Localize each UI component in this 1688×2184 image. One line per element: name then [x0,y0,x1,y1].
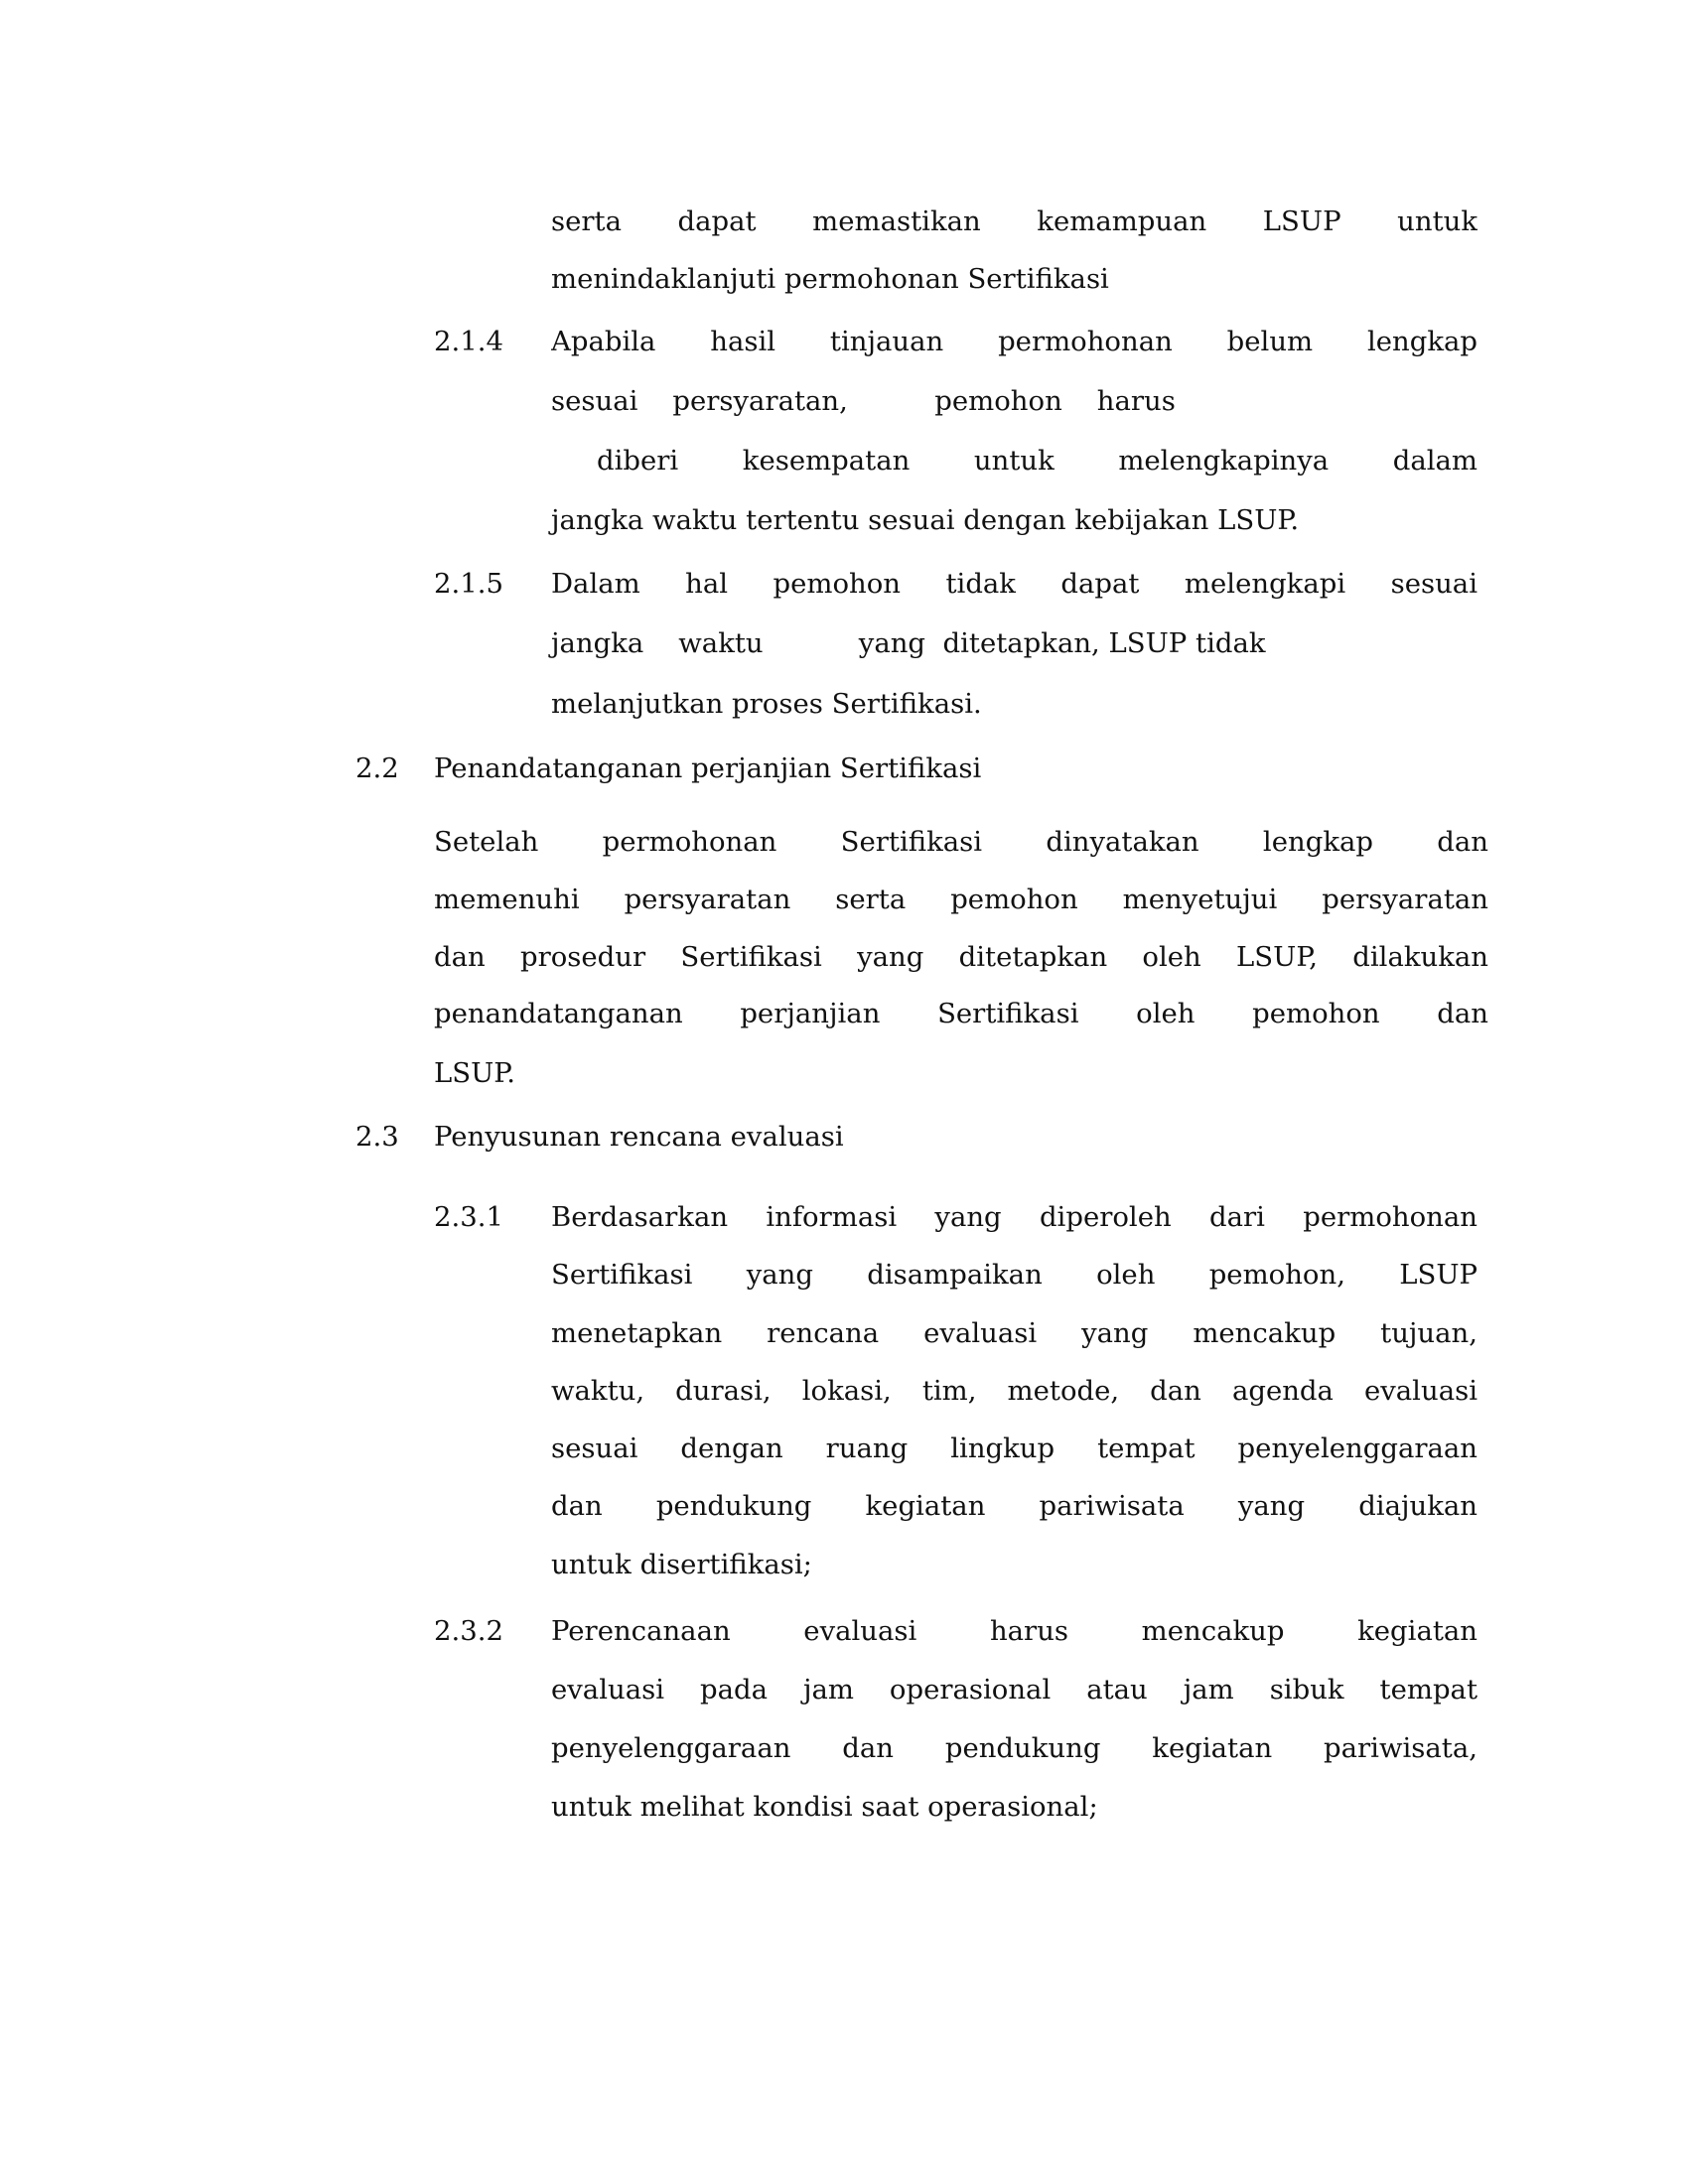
para-2-2-line-2: memenuhi persyaratan serta pemohon menye… [434,884,1488,915]
item-2-3-2-line-3: penyelenggaraan dan pendukung kegiatan p… [551,1732,1477,1764]
item-2-1-4-line-1: Apabila hasil tinjauan permohonan belum … [551,326,1477,357]
para-2-2-line-4: penandatanganan perjanjian Sertifikasi o… [434,998,1488,1029]
item-number-2-1-4: 2.1.4 [434,326,503,357]
item-2-3-1-line-5: sesuai dengan ruang lingkup tempat penye… [551,1433,1477,1464]
item-2-3-2-line-1: Perencanaan evaluasi harus mencakup kegi… [551,1615,1477,1647]
item-2-1-3-line-1: serta dapat memastikan kemampuan LSUP un… [551,205,1477,237]
item-2-1-5-line-2: jangka waktu yang ditetapkan, LSUP tidak [551,627,1266,659]
para-2-2-line-3: dan prosedur Sertifikasi yang ditetapkan… [434,941,1488,973]
item-2-1-5-line-3: melanjutkan proses Sertifikasi. [551,688,982,720]
section-heading-2-2: Penandatanganan perjanjian Sertifikasi [434,752,981,784]
item-2-3-1-line-7: untuk disertifikasi; [551,1549,812,1580]
section-number-2-2: 2.2 [355,752,399,784]
item-2-3-1-line-6: dan pendukung kegiatan pariwisata yang d… [551,1490,1477,1522]
para-2-2-line-1: Setelah permohonan Sertifikasi dinyataka… [434,826,1488,858]
item-2-3-1-line-1: Berdasarkan informasi yang diperoleh dar… [551,1201,1477,1233]
item-number-2-1-5: 2.1.5 [434,568,503,600]
item-2-1-4-line-2: sesuai persyaratan, pemohon harus [551,385,1176,417]
item-2-3-1-line-3: menetapkan rencana evaluasi yang mencaku… [551,1317,1477,1349]
para-2-2-line-5: LSUP. [434,1057,515,1089]
item-2-3-1-line-4: waktu, durasi, lokasi, tim, metode, dan … [551,1375,1477,1407]
item-number-2-3-2: 2.3.2 [434,1615,503,1647]
item-2-3-2-line-4: untuk melihat kondisi saat operasional; [551,1791,1098,1823]
document-page: serta dapat memastikan kemampuan LSUP un… [0,0,1688,2184]
item-2-1-5-line-1: Dalam hal pemohon tidak dapat melengkapi… [551,568,1477,600]
section-number-2-3: 2.3 [355,1121,399,1153]
item-number-2-3-1: 2.3.1 [434,1201,503,1233]
item-2-1-4-line-4: jangka waktu tertentu sesuai dengan kebi… [551,504,1299,536]
item-2-1-4-line-3: diberi kesempatan untuk melengkapinya da… [597,445,1477,477]
section-heading-2-3: Penyusunan rencana evaluasi [434,1121,844,1153]
item-2-3-1-line-2: Sertifikasi yang disampaikan oleh pemoho… [551,1259,1477,1291]
item-2-3-2-line-2: evaluasi pada jam operasional atau jam s… [551,1674,1477,1706]
item-2-1-3-line-2: menindaklanjuti permohonan Sertifikasi [551,263,1109,295]
